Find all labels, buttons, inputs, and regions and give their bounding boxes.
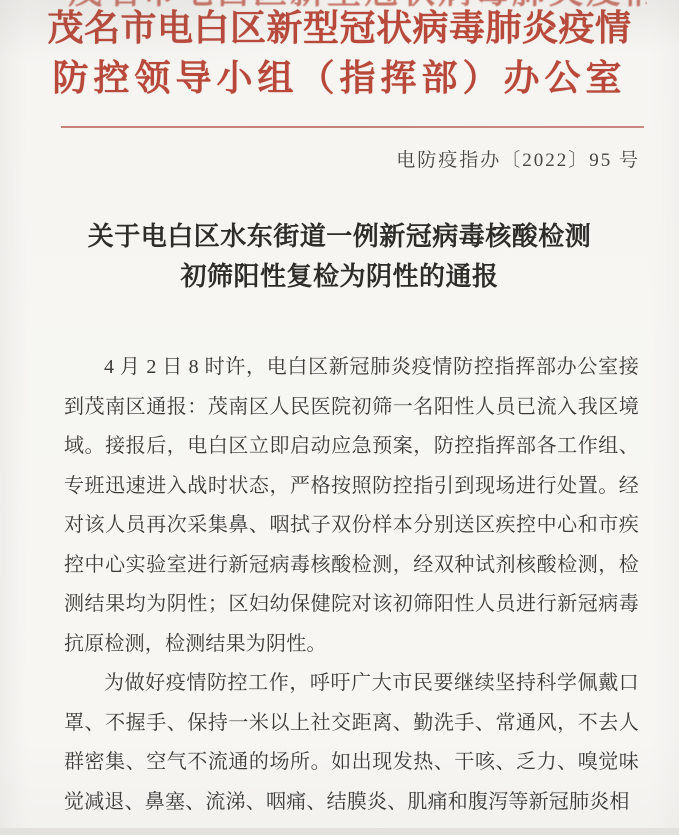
notice-title: 关于电白区水东街道一例新冠病毒核酸检测 初筛阳性复检为阴性的通报 xyxy=(0,217,679,297)
scanned-official-notice-page: 茂名市电白区新型冠状病毒肺炎疫情 茂名市电白区新型冠状病毒肺炎疫情 防控领导小组… xyxy=(0,0,679,835)
body-paragraph-1: 4 月 2 日 8 时许，电白区新冠肺炎疫情防控指挥部办公室接到茂南区通报：茂南… xyxy=(64,348,639,664)
notice-title-line2: 初筛阳性复检为阴性的通报 xyxy=(0,257,679,297)
scan-edge-strip xyxy=(0,828,679,835)
body-paragraph-2: 为做好疫情防控工作，呼吁广大市民要继续坚持科学佩戴口罩、不握手、保持一米以上社交… xyxy=(64,664,639,822)
notice-title-line1: 关于电白区水东街道一例新冠病毒核酸检测 xyxy=(0,217,679,257)
notice-body: 4 月 2 日 8 时许，电白区新冠肺炎疫情防控指挥部办公室接到茂南区通报：茂南… xyxy=(64,348,639,822)
cropped-header-remnant: 茂名市电白区新型冠状病毒肺炎疫情 xyxy=(68,0,647,15)
issuing-org-header: 茂名市电白区新型冠状病毒肺炎疫情 防控领导小组（指挥部）办公室 xyxy=(0,3,679,103)
cropped-header-remnant-text: 茂名市电白区新型冠状病毒肺炎疫情 xyxy=(68,0,647,13)
document-number: 电防疫指办〔2022〕95 号 xyxy=(0,145,640,172)
red-separator-line xyxy=(61,126,644,128)
org-header-line2: 防控领导小组（指挥部）办公室 xyxy=(0,53,679,103)
